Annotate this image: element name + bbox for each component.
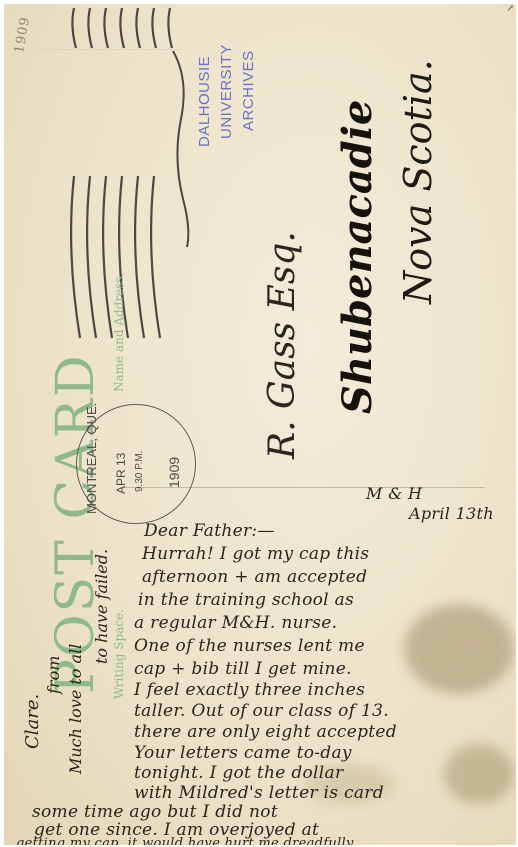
letter-line: in the training school as — [138, 590, 354, 610]
letter-side-line: to have failed. — [92, 549, 111, 664]
writing-space-label: Writing Space. — [112, 609, 126, 699]
stain-mark — [444, 744, 514, 804]
letter-side-line: from — [44, 656, 63, 694]
letter-line: with Mildred's letter is card — [134, 783, 384, 803]
cancellation-lines-top — [64, 4, 184, 52]
letter-line: I feel exactly three inches — [134, 680, 365, 700]
pencil-year-note: 1909 — [12, 15, 33, 54]
letter-dateline-place: M & H — [366, 484, 422, 503]
archives-stamp-line: UNIVERSITY — [218, 44, 235, 139]
corner-mark: ↗ — [506, 4, 514, 14]
letter-line: a regular M&H. nurse. — [134, 613, 337, 633]
postmark-date: APR 13 — [114, 453, 128, 494]
letter-line: One of the nurses lent me — [134, 636, 365, 656]
letter-line: Dear Father:— — [144, 521, 275, 541]
letter-line: taller. Out of our class of 13. — [134, 701, 389, 721]
name-address-label: Name and Address. — [112, 273, 126, 392]
letter-line: Hurrah! I got my cap this — [142, 544, 369, 564]
letter-line: afternoon + am accepted — [142, 567, 367, 587]
postmark-city: MONTREAL, QUE. — [84, 403, 99, 514]
letter-side-line: Much love to all — [66, 644, 85, 774]
address-province: Nova Scotia. — [396, 59, 440, 304]
postmark-year: 1909 — [166, 457, 182, 488]
stain-mark — [404, 604, 514, 694]
archives-stamp-line: ARCHIVES — [240, 50, 257, 131]
letter-dateline-date: April 13th — [409, 504, 494, 523]
postmark-time: 9.30 P.M. — [134, 450, 145, 492]
letter-side-line: Clare. — [22, 694, 43, 749]
letter-line: tonight. I got the dollar — [134, 763, 343, 783]
address-recipient: R. Gass Esq. — [262, 231, 303, 459]
letter-line: getting my cap, it would have hurt me dr… — [16, 836, 354, 845]
letter-line: cap + bib till I get mine. — [134, 659, 352, 679]
archives-stamp-line: DALHOUSIE — [196, 56, 213, 147]
address-town: Shubenacadie — [334, 100, 381, 414]
postcard-back: 1909 DALHOUSIE UNIVERSITY ARCHIVES POST … — [4, 4, 516, 845]
letter-line: there are only eight accepted — [134, 722, 397, 742]
letter-line: some time ago but I did not — [32, 802, 278, 822]
letter-line: Your letters came to-day — [134, 743, 352, 763]
archives-stamp: DALHOUSIE UNIVERSITY ARCHIVES — [196, 19, 286, 147]
